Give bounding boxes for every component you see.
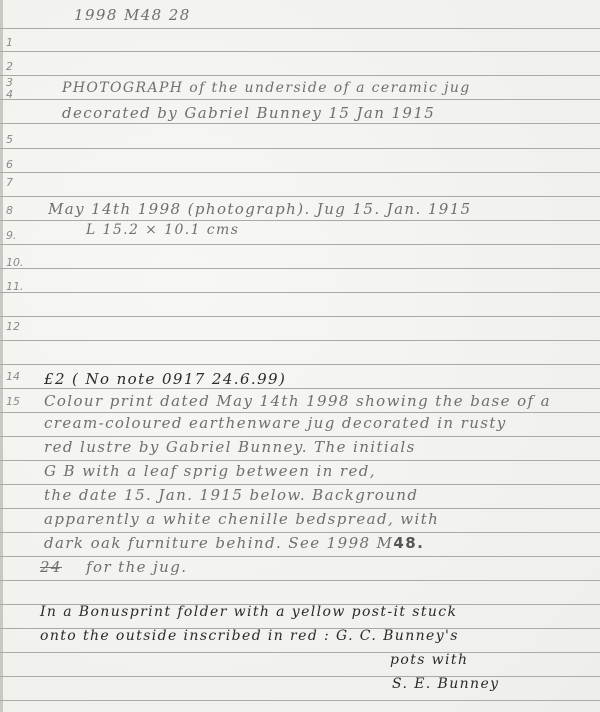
ruled-line <box>0 484 600 485</box>
ruled-line <box>0 556 600 557</box>
line-number: 11. <box>6 280 28 293</box>
ruled-line <box>0 364 600 365</box>
entry-description: 24 for the jug. <box>40 558 187 576</box>
line-number: 1 <box>6 36 28 49</box>
line-number: 12 <box>6 320 28 333</box>
ruled-line <box>0 99 600 100</box>
note-line: S. E. Bunney <box>392 676 499 692</box>
ruled-line <box>0 123 600 124</box>
entry-description: red lustre by Gabriel Bunney. The initia… <box>44 438 416 456</box>
entry-accession-number: 1998 M48 28 <box>74 6 191 24</box>
ruled-line <box>0 268 600 269</box>
ruled-line <box>0 532 600 533</box>
entry-description-text: for the jug. <box>86 558 187 576</box>
note-line: onto the outside inscribed in red : G. C… <box>40 628 459 644</box>
line-number: 14 <box>6 370 28 383</box>
line-number: 5 <box>6 133 28 146</box>
ruled-line <box>0 580 600 581</box>
ruled-line <box>0 316 600 317</box>
entry-dimensions: L 15.2 × 10.1 cms <box>86 222 239 238</box>
ruled-line <box>0 75 600 76</box>
ruled-line <box>0 652 600 653</box>
entry-description: cream-coloured earthenware jug decorated… <box>44 414 507 432</box>
line-number: 8 <box>6 204 28 217</box>
line-number: 9. <box>6 229 28 242</box>
ruled-line <box>0 340 600 341</box>
ruled-line <box>0 460 600 461</box>
entry-description: Colour print dated May 14th 1998 showing… <box>44 392 551 410</box>
entry-date-line: May 14th 1998 (photograph). Jug 15. Jan.… <box>48 200 472 218</box>
ruled-line <box>0 244 600 245</box>
ruled-line <box>0 172 600 173</box>
ruled-line <box>0 220 600 221</box>
ruled-line <box>0 508 600 509</box>
entry-title-cont: decorated by Gabriel Bunney 15 Jan 1915 <box>62 104 435 122</box>
ruled-line <box>0 292 600 293</box>
ruled-line <box>0 28 600 29</box>
entry-description: dark oak furniture behind. See 1998 M48. <box>44 534 424 552</box>
line-number: 10. <box>6 256 28 269</box>
ruled-line <box>0 436 600 437</box>
note-line: pots with <box>390 652 468 668</box>
line-number: 2 <box>6 60 28 73</box>
entry-description: the date 15. Jan. 1915 below. Background <box>44 486 418 504</box>
ledger-page: 1 2 3 4 5 6 7 8 9. 10. 11. 12 14 15 1998… <box>0 0 600 712</box>
entry-description: apparently a white chenille bedspread, w… <box>44 510 439 528</box>
line-number: 6 <box>6 158 28 171</box>
ruled-line <box>0 700 600 701</box>
line-number: 7 <box>6 176 28 189</box>
page-edge <box>0 0 3 712</box>
ruled-line <box>0 148 600 149</box>
entry-description: G B with a leaf sprig between in red, <box>44 462 376 480</box>
ruled-line <box>0 51 600 52</box>
entry-price: £2 ( No note 0917 24.6.99) <box>44 370 286 388</box>
entry-title: PHOTOGRAPH of the underside of a ceramic… <box>62 80 471 96</box>
note-line: In a Bonusprint folder with a yellow pos… <box>40 604 457 620</box>
line-number: 15 <box>6 395 28 408</box>
line-number: 4 <box>6 88 28 101</box>
entry-description-text: dark oak furniture behind. See 1998 M <box>44 534 393 552</box>
ruled-line <box>0 412 600 413</box>
struck-out-number: 24 <box>40 558 62 576</box>
ruled-line <box>0 196 600 197</box>
ruled-line <box>0 676 600 677</box>
cross-reference-number: 48. <box>393 534 424 552</box>
ruled-line <box>0 388 600 389</box>
